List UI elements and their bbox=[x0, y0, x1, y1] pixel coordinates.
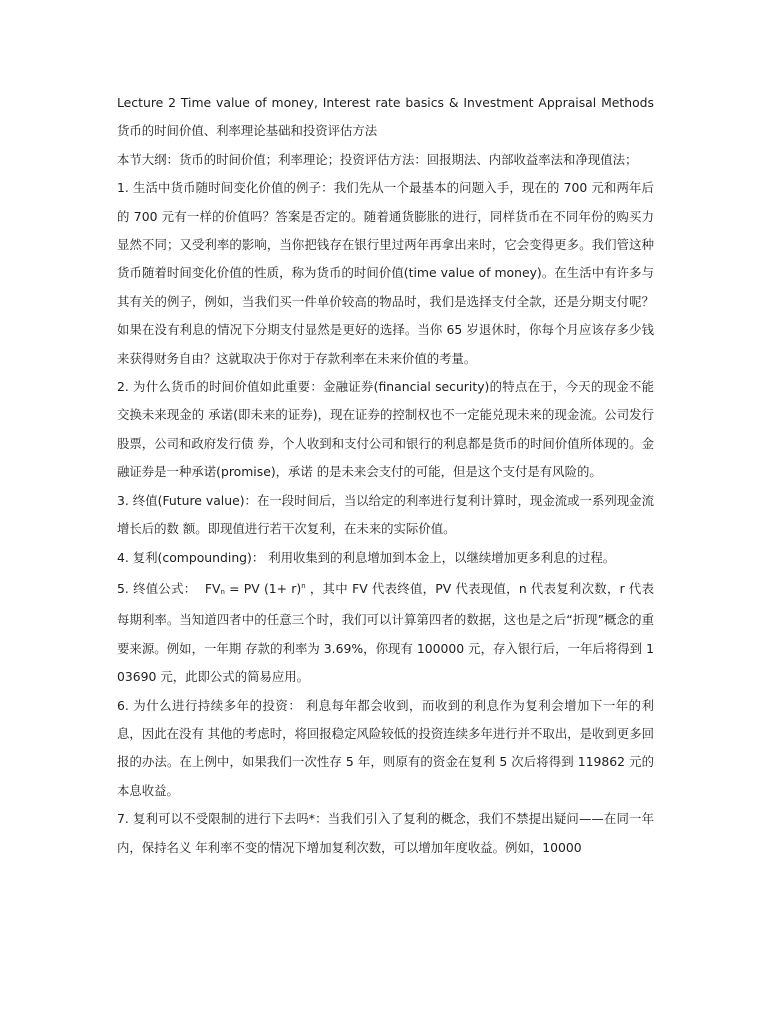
paragraph-number: 6. bbox=[117, 698, 129, 713]
paragraph-number: 2. bbox=[117, 379, 129, 394]
paragraph-text: 复利(compounding)： 利用收集到的利息增加到本金上，以继续增加更多利… bbox=[133, 550, 615, 565]
paragraph-text: 终值(Future value)：在一段时间后，当以给定的利率进行复利计算时，现… bbox=[117, 493, 654, 536]
paragraph-text: ，其中 FV 代表终值，PV 代表现值，n 代表复利次数，r 代表每期利率。当知… bbox=[117, 581, 654, 684]
paragraph-4: 4. 复利(compounding)： 利用收集到的利息增加到本金上，以继续增加… bbox=[117, 544, 654, 572]
paragraph-lead: 终值公式： bbox=[133, 581, 196, 596]
document-page: Lecture 2 Time value of money, Interest … bbox=[117, 89, 654, 862]
paragraph-number: 5. bbox=[117, 581, 129, 596]
formula-rhs: = PV (1+ r) bbox=[229, 581, 301, 596]
paragraph-number: 1. bbox=[117, 180, 129, 195]
future-value-formula: FVn = PV (1+ r)n bbox=[205, 581, 306, 596]
formula-lhs-subscript: n bbox=[221, 588, 225, 596]
paragraph-number: 7. bbox=[117, 811, 129, 826]
outline: 本节大纲：货币的时间价值；利率理论；投资评估方法：回报期法、内部收益率法和净现值… bbox=[117, 146, 654, 174]
formula-lhs: FV bbox=[205, 581, 221, 596]
paragraph-2: 2. 为什么货币的时间价值如此重要：金融证券(financial securit… bbox=[117, 373, 654, 487]
document-title: Lecture 2 Time value of money, Interest … bbox=[117, 89, 654, 146]
formula-rhs-exponent: n bbox=[301, 582, 305, 590]
paragraph-6: 6. 为什么进行持续多年的投资： 利息每年都会收到，而收到的利息作为复利会增加下… bbox=[117, 692, 654, 806]
paragraph-text: 为什么货币的时间价值如此重要：金融证券(financial security)的… bbox=[117, 379, 654, 479]
paragraph-7: 7. 复利可以不受限制的进行下去吗*：当我们引入了复利的概念，我们不禁提出疑问—… bbox=[117, 805, 654, 862]
paragraph-number: 3. bbox=[117, 493, 129, 508]
paragraph-3: 3. 终值(Future value)：在一段时间后，当以给定的利率进行复利计算… bbox=[117, 487, 654, 544]
paragraph-1: 1. 生活中货币随时间变化价值的例子：我们先从一个最基本的问题入手，现在的 70… bbox=[117, 174, 654, 373]
paragraph-5: 5. 终值公式： FVn = PV (1+ r)n ，其中 FV 代表终值，PV… bbox=[117, 572, 654, 692]
paragraph-number: 4. bbox=[117, 550, 129, 565]
paragraph-text: 复利可以不受限制的进行下去吗*：当我们引入了复利的概念，我们不禁提出疑问——在同… bbox=[117, 811, 654, 854]
paragraph-text: 为什么进行持续多年的投资： 利息每年都会收到，而收到的利息作为复利会增加下一年的… bbox=[117, 698, 654, 798]
paragraph-text: 生活中货币随时间变化价值的例子：我们先从一个最基本的问题入手，现在的 700 元… bbox=[117, 180, 654, 365]
